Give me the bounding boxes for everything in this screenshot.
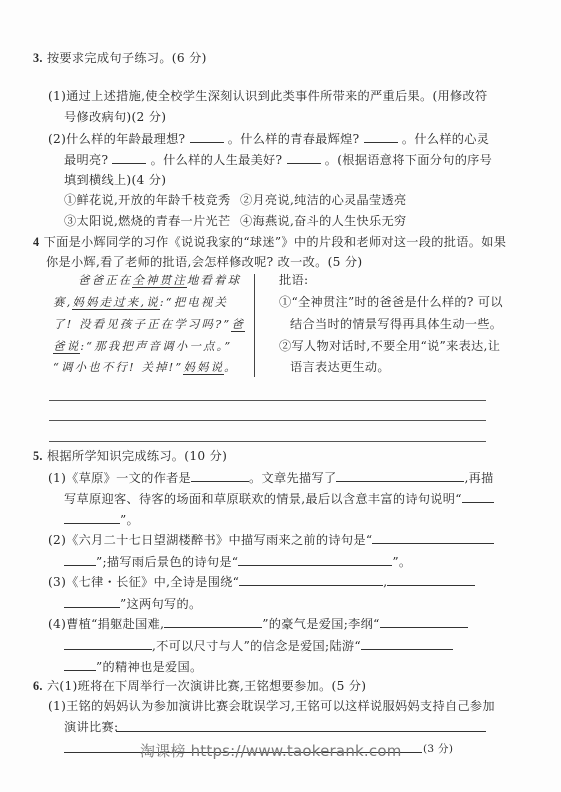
underlined-phrase: 爸 — [231, 317, 245, 332]
watermark: 淘课榜 https://www.taokerank.com — [140, 740, 402, 761]
q6-part1-score: (3 分) — [423, 741, 453, 757]
q6-heading: 6. 六(1)班将在下周举行一次演讲比赛,王铭想要参加。(5 分) — [33, 678, 366, 694]
q5-heading: 5. 根据所学知识完成练习。(10 分) — [33, 448, 227, 464]
answer-blank[interactable] — [64, 553, 96, 566]
q5-part1-line3: ”。 — [64, 511, 139, 528]
answer-blank[interactable] — [387, 573, 475, 586]
q6-number: 6. — [33, 679, 43, 693]
q6-title: 六(1)班将在下周举行一次演讲比赛,王铭想要参加。(5 分) — [47, 679, 366, 693]
answer-blank[interactable] — [190, 130, 224, 143]
q5-text: ”。 — [120, 513, 139, 527]
answer-blank[interactable] — [372, 531, 494, 544]
q3-option-1: ①鲜花说,开放的年龄千枝竞秀 — [64, 192, 231, 208]
q3-part2-text: (2)什么样的年龄最理想? — [48, 132, 185, 146]
answer-blank[interactable] — [364, 130, 398, 143]
comment-title: 批语: — [279, 272, 308, 288]
q5-text: ”。 — [392, 555, 411, 569]
q5-number: 5. — [33, 449, 43, 463]
passage-text: 。 — [224, 360, 238, 374]
answer-blank[interactable] — [191, 469, 249, 482]
q3-heading: 3. 按要求完成句子练习。(6 分) — [33, 50, 207, 66]
passage-text: 爸爸正在 — [78, 273, 132, 287]
q4-number: 4 — [33, 235, 39, 249]
q5-part2-line1: (2)《六月二十七日望湖楼醉书》中描写雨来之前的诗句是“ — [48, 531, 494, 548]
passage-text: 了! 没看见孩子正在学习吗?” — [53, 317, 231, 331]
q3-part2-line1: (2)什么样的年龄最理想? 。什么样的青春最辉煌? 。什么样的心灵 — [48, 130, 489, 147]
q5-text: 写草原迎客、待客的场面和草原联欢的情景,最后以含意丰富的诗句说明“ — [64, 492, 462, 506]
q4-title: 下面是小辉同学的习作《说说我家的“球迷”》中的片段和老师对这一段的批语。如果 — [44, 235, 507, 249]
q5-title: 根据所学知识完成练习。(10 分) — [47, 449, 227, 463]
passage-text: “调小也不行! 关掉!” — [53, 360, 183, 374]
passage-line2: 赛,妈妈走过来,说:“把电视关 — [53, 294, 228, 310]
q3-number: 3. — [33, 51, 43, 65]
underlined-phrase: 全神贯注 — [132, 273, 186, 288]
q5-text: ,不可以尺寸与人”的信念是爱国;陆游“ — [152, 639, 361, 653]
answer-blank[interactable] — [462, 490, 494, 503]
q6-part1-line1: (1)王铭的妈妈认为参加演讲比赛会耽误学习,王铭可以这样说服妈妈支持自己参加 — [48, 698, 495, 714]
answer-blank[interactable] — [238, 553, 392, 566]
exam-page: 3. 按要求完成句子练习。(6 分) (1)通过上述措施,使全校学生深刻认识到此… — [0, 0, 561, 792]
passage-text: :“把电视关 — [160, 295, 228, 309]
answer-line[interactable] — [116, 731, 486, 732]
comment-1-line2: 结合当时的情景写得再具体生动一些。 — [290, 316, 502, 332]
underlined-phrase: 爸说 — [53, 339, 80, 354]
answer-line[interactable] — [49, 400, 486, 401]
answer-blank[interactable] — [64, 658, 96, 671]
q4-heading-line1: 4 下面是小辉同学的习作《说说我家的“球迷”》中的片段和老师对这一段的批语。如果 — [33, 234, 506, 250]
comment-2-line1: ②写人物对话时,不要全用“说”来表达,让 — [279, 338, 500, 354]
q5-part3-line1: (3)《七律・长征》中,全诗是围绕“, — [48, 573, 475, 590]
q5-part2-line2: ”;描写雨后景色的诗句是“”。 — [64, 553, 411, 570]
answer-blank[interactable] — [239, 573, 383, 586]
answer-line[interactable] — [49, 441, 486, 442]
q5-part3-line2: ”这两句写的。 — [64, 595, 201, 612]
q5-text: ”;描写雨后景色的诗句是“ — [96, 555, 238, 569]
passage-line1: 爸爸正在全神贯注地看着球 — [78, 272, 241, 288]
q6-part1-line2: 演讲比赛: — [64, 719, 118, 735]
answer-blank[interactable] — [64, 595, 120, 608]
comment-1-line1: ①“全神贯注”时的爸爸是什么样的? 可以 — [279, 294, 503, 310]
passage-text: :“那我把声音调小一点。” — [80, 339, 232, 353]
q3-part2-line3: 填到横线上)(4 分) — [64, 172, 166, 188]
q5-part1-line1: (1)《草原》一文的作者是。文章先描写了,再描 — [48, 469, 494, 486]
passage-line5: “调小也不行! 关掉!”妈妈说。 — [53, 359, 238, 375]
q5-text: (1)《草原》一文的作者是 — [48, 471, 191, 485]
column-divider — [254, 274, 255, 377]
passage-line4: 爸说:“那我把声音调小一点。” — [53, 338, 232, 354]
q3-part2-text: 。什么样的心灵 — [402, 132, 489, 146]
passage-line3: 了! 没看见孩子正在学习吗?”爸 — [53, 316, 245, 332]
q5-text: ,再描 — [464, 471, 493, 485]
q3-part2-text: 。(根据语意将下面分句的序号 — [325, 153, 492, 167]
underlined-phrase: 妈妈走过来,说 — [72, 295, 159, 310]
q3-option-4: ④海燕说,奋斗的人生快乐无穷 — [240, 213, 407, 229]
q4-heading-line2: 你是小辉,看了老师的批语,会怎样修改呢? 改一改。(5 分) — [46, 254, 362, 270]
q5-text: ”这两句写的。 — [120, 597, 201, 611]
answer-blank[interactable] — [361, 637, 453, 650]
q3-part2-text: 。什么样的人生最美好? — [151, 153, 283, 167]
answer-blank[interactable] — [64, 637, 152, 650]
q3-part2-line2: 最明亮? 。什么样的人生最美好? 。(根据语意将下面分句的序号 — [64, 151, 492, 168]
q5-part4-line1: (4)曹植“捐躯赴国难,”的豪气是爱国;李纲“ — [48, 615, 468, 632]
q3-title: 按要求完成句子练习。(6 分) — [47, 51, 207, 65]
answer-blank[interactable] — [287, 151, 321, 164]
passage-text: 地看着球 — [187, 273, 241, 287]
answer-blank[interactable] — [380, 615, 468, 628]
passage-text: 赛, — [53, 295, 72, 309]
comment-2-line2: 语言表达更生动。 — [290, 359, 390, 375]
answer-blank[interactable] — [336, 469, 464, 482]
q3-part1-line2: 号修改病句)(2 分) — [64, 109, 166, 125]
q3-option-3: ③太阳说,燃烧的青春一片光芒 — [64, 213, 231, 229]
q3-part2-text: 最明亮? — [64, 153, 108, 167]
q5-text: ”的精神也是爱国。 — [96, 660, 202, 674]
q5-text: ”的豪气是爱国;李纲“ — [262, 617, 379, 631]
answer-blank[interactable] — [164, 615, 262, 628]
underlined-phrase: 妈妈说 — [183, 360, 224, 375]
q5-text: (2)《六月二十七日望湖楼醉书》中描写雨来之前的诗句是“ — [48, 533, 372, 547]
q5-text: (4)曹植“捐躯赴国难, — [48, 617, 164, 631]
q5-part4-line2: ,不可以尺寸与人”的信念是爱国;陆游“ — [64, 637, 453, 654]
q5-part1-line2: 写草原迎客、待客的场面和草原联欢的情景,最后以含意丰富的诗句说明“ — [64, 490, 494, 507]
answer-line[interactable] — [49, 420, 486, 421]
answer-blank[interactable] — [112, 151, 146, 164]
q3-option-2: ②月亮说,纯洁的心灵晶莹透亮 — [240, 192, 407, 208]
q5-text: 。文章先描写了 — [249, 471, 336, 485]
q5-part4-line3: ”的精神也是爱国。 — [64, 658, 202, 675]
answer-blank[interactable] — [64, 511, 120, 524]
q5-text: (3)《七律・长征》中,全诗是围绕“ — [48, 575, 239, 589]
q3-part2-text: 。什么样的青春最辉煌? — [228, 132, 360, 146]
q3-part1-line1: (1)通过上述措施,使全校学生深刻认识到此类事件所带来的严重后果。(用修改符 — [48, 88, 487, 104]
